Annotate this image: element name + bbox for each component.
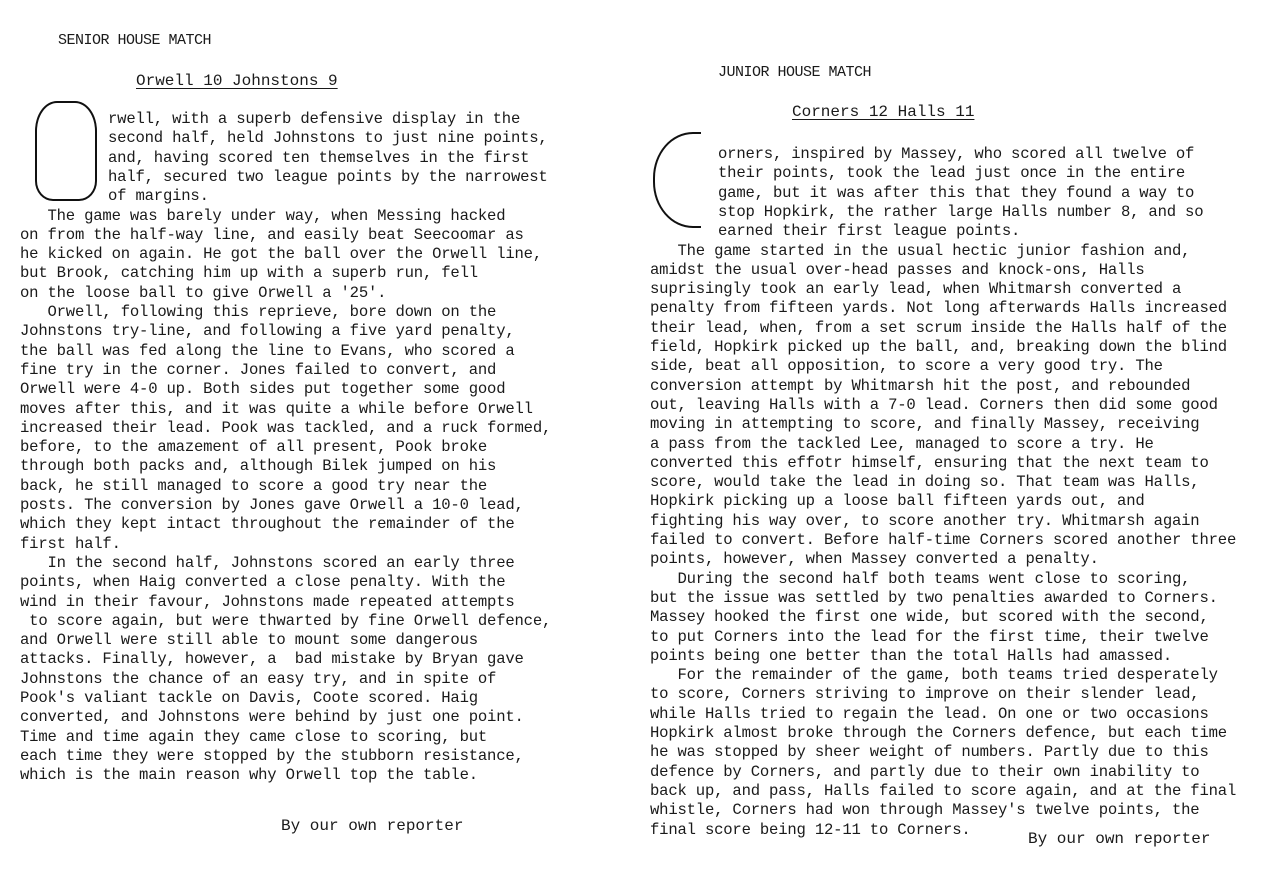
text-line: back up, and pass, Halls failed to score… — [650, 781, 1236, 801]
text-line: a pass from the tackled Lee, managed to … — [650, 434, 1154, 454]
text-line: but Brook, catching him up with a superb… — [20, 263, 478, 283]
text-line: whistle, Corners had won through Massey'… — [650, 800, 1199, 820]
text-line: points being one better than the total H… — [650, 646, 1172, 666]
text-line: Pook's valiant tackle on Davis, Coote sc… — [20, 688, 478, 708]
section-heading: JUNIOR HOUSE MATCH — [718, 64, 871, 81]
text-line: converted, and Johnstons were behind by … — [20, 707, 524, 727]
text-line: second half, held Johnstons to just nine… — [108, 128, 548, 148]
text-line: final score being 12-11 to Corners. — [650, 820, 971, 840]
match-score-title: Corners 12 Halls 11 — [792, 103, 974, 121]
text-line: Time and time again they came close to s… — [20, 727, 487, 747]
text-line: In the second half, Johnstons scored an … — [20, 553, 515, 573]
text-line: the ball was fed along the line to Evans… — [20, 341, 515, 361]
text-line: on the loose ball to give Orwell a '25'. — [20, 283, 386, 303]
text-line: to score again, but were thwarted by fin… — [20, 611, 551, 631]
text-line: before, to the amazement of all present,… — [20, 437, 487, 457]
text-line: moves after this, and it was quite a whi… — [20, 399, 533, 419]
text-line: Johnstons the chance of an easy try, and… — [20, 669, 496, 689]
text-line: Johnstons try-line, and following a five… — [20, 321, 515, 341]
text-line: to put Corners into the lead for the fir… — [650, 627, 1209, 647]
text-line: Orwell were 4-0 up. Both sides put toget… — [20, 379, 505, 399]
text-line: earned their first league points. — [718, 221, 1020, 241]
text-line: and, having scored ten themselves in the… — [108, 148, 529, 168]
text-line: back, he still managed to score a good t… — [20, 476, 487, 496]
section-heading: SENIOR HOUSE MATCH — [58, 32, 211, 49]
text-line: failed to convert. Before half-time Corn… — [650, 530, 1236, 550]
text-line: posts. The conversion by Jones gave Orwe… — [20, 495, 524, 515]
byline: By our own reporter — [1028, 830, 1210, 848]
byline: By our own reporter — [281, 817, 463, 835]
match-score-title: Orwell 10 Johnstons 9 — [136, 72, 338, 90]
text-line: fine try in the corner. Jones failed to … — [20, 360, 496, 380]
text-line: through both packs and, although Bilek j… — [20, 456, 496, 476]
text-line: For the remainder of the game, both team… — [650, 665, 1218, 685]
text-line: out, leaving Halls with a 7-0 lead. Corn… — [650, 395, 1218, 415]
text-line: their lead, when, from a set scrum insid… — [650, 318, 1227, 338]
drop-cap-c — [653, 132, 701, 228]
text-line: half, secured two league points by the n… — [108, 167, 548, 187]
text-line: he was stopped by sheer weight of number… — [650, 742, 1209, 762]
text-line: and Orwell were still able to mount some… — [20, 630, 478, 650]
text-line: on from the half-way line, and easily be… — [20, 225, 524, 245]
text-line: penalty from fifteen yards. Not long aft… — [650, 298, 1227, 318]
text-line: moving in attempting to score, and final… — [650, 414, 1199, 434]
text-line: rwell, with a superb defensive display i… — [108, 109, 520, 129]
text-line: suprisingly took an early lead, when Whi… — [650, 279, 1181, 299]
text-line: score, would take the lead in doing so. … — [650, 472, 1199, 492]
text-line: fighting his way over, to score another … — [650, 511, 1199, 531]
text-line: first half. — [20, 534, 121, 554]
text-line: conversion attempt by Whitmarsh hit the … — [650, 376, 1190, 396]
text-line: of margins. — [108, 186, 209, 206]
text-line: During the second half both teams went c… — [650, 569, 1190, 589]
text-line: but the issue was settled by two penalti… — [650, 588, 1218, 608]
text-line: which is the main reason why Orwell top … — [20, 765, 478, 785]
text-line: Orwell, following this reprieve, bore do… — [20, 302, 496, 322]
text-line: stop Hopkirk, the rather large Halls num… — [718, 202, 1203, 222]
text-line: wind in their favour, Johnstons made rep… — [20, 592, 515, 612]
text-line: converted this effotr himself, ensuring … — [650, 453, 1209, 473]
text-line: game, but it was after this that they fo… — [718, 183, 1194, 203]
text-line: each time they were stopped by the stubb… — [20, 746, 524, 766]
text-line: their points, took the lead just once in… — [718, 163, 1185, 183]
text-line: orners, inspired by Massey, who scored a… — [718, 144, 1194, 164]
text-line: while Halls tried to regain the lead. On… — [650, 704, 1209, 724]
text-line: attacks. Finally, however, a bad mistake… — [20, 649, 524, 669]
text-line: he kicked on again. He got the ball over… — [20, 244, 542, 264]
text-line: Massey hooked the first one wide, but sc… — [650, 607, 1209, 627]
text-line: Hopkirk picking up a loose ball fifteen … — [650, 491, 1145, 511]
text-line: The game started in the usual hectic jun… — [650, 241, 1190, 261]
text-line: which they kept intact throughout the re… — [20, 514, 515, 534]
drop-cap-o — [35, 101, 97, 201]
text-line: field, Hopkirk picked up the ball, and, … — [650, 337, 1227, 357]
text-line: amidst the usual over-head passes and kn… — [650, 260, 1145, 280]
text-line: points, however, when Massey converted a… — [650, 549, 1099, 569]
text-line: The game was barely under way, when Mess… — [20, 206, 505, 226]
text-line: to score, Corners striving to improve on… — [650, 684, 1199, 704]
text-line: side, beat all opposition, to score a ve… — [650, 356, 1163, 376]
text-line: points, when Haig converted a close pena… — [20, 572, 505, 592]
text-line: defence by Corners, and partly due to th… — [650, 762, 1199, 782]
text-line: Hopkirk almost broke through the Corners… — [650, 723, 1227, 743]
text-line: increased their lead. Pook was tackled, … — [20, 418, 551, 438]
